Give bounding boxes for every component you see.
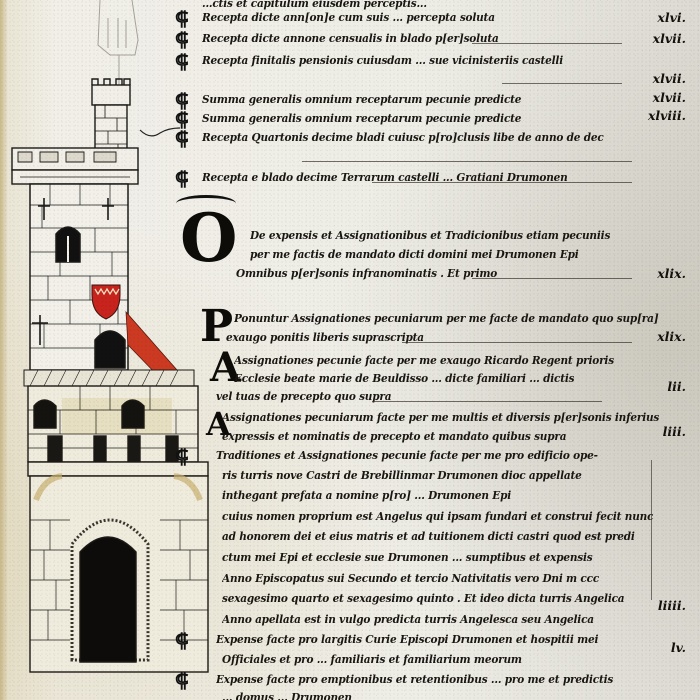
entry-line: Anno apellata est in vulgo predicta turr… xyxy=(222,614,594,627)
entry-line: Expense facte pro largitis Curie Episcop… xyxy=(216,634,598,647)
entry-line: Recepta finitalis pensionis cuiusdam ...… xyxy=(202,55,563,68)
heading-line: Omnibus p[er]sonis infranominatis . Et p… xyxy=(236,268,497,281)
battlements xyxy=(12,148,138,184)
margin-bracket xyxy=(651,460,652,600)
leader-line xyxy=(472,278,632,279)
leader-line xyxy=(502,83,622,84)
entry-sum: lv. xyxy=(671,640,686,655)
heading-line: per me factis de mandato dicti domini me… xyxy=(250,249,579,262)
paragraph-mark-icon: ⸿ xyxy=(175,672,188,691)
turret xyxy=(92,79,130,157)
paragraph-mark-icon: ⸿ xyxy=(175,448,188,467)
entry-line: Summa generalis omnium receptarum pecuni… xyxy=(202,113,521,126)
leader-line xyxy=(302,161,632,162)
entry-line: ctum mei Epi et ecclesie sue Drumonen ..… xyxy=(222,552,593,565)
entry-line: ris turris nove Castri de Brebillinmar D… xyxy=(222,470,582,483)
paragraph-mark-icon: ⸿ xyxy=(175,10,188,29)
entry-line: Ponuntur Assignationes pecuniarum per me… xyxy=(234,313,659,326)
entry-line: expressis et nominatis de precepto et ma… xyxy=(222,431,566,444)
entry-line: Traditiones et Assignationes pecunie fac… xyxy=(216,450,598,463)
right-window xyxy=(122,400,144,428)
leader-line xyxy=(472,43,622,44)
entry-line: ad honorem dei et eius matris et ad tuit… xyxy=(222,531,635,544)
ledger-text-column: ...ctis et capitulum eiusdem perceptis..… xyxy=(172,0,700,700)
entry-line: Assignationes pecunie facte per me exaug… xyxy=(234,355,614,368)
heading-sum: xlix. xyxy=(657,266,686,281)
entry-line: Expense facte pro emptionibus et retenti… xyxy=(216,674,613,687)
paragraph-mark-icon: ⸿ xyxy=(175,130,188,149)
entry-line: Recepta Quartonis decime bladi cuiusc p[… xyxy=(202,132,604,145)
entry-line: ...ctis et capitulum eiusdem perceptis..… xyxy=(202,0,427,10)
ledge xyxy=(24,370,194,386)
paragraph-mark-icon: ⸿ xyxy=(175,632,188,651)
entry-sum: xlvii. xyxy=(653,71,686,86)
entry-line: inthegant prefata a nomine p[ro] ... Dru… xyxy=(222,490,511,503)
entry-sum: xlvii. xyxy=(653,90,686,105)
decorated-initial-o: O xyxy=(180,205,238,271)
entry-sum: liii. xyxy=(663,424,686,439)
paragraph-mark-icon: ⸿ xyxy=(175,31,188,50)
entry-line: Summa generalis omnium receptarum pecuni… xyxy=(202,94,521,107)
entry-sum: lii. xyxy=(667,379,686,394)
entry-sum: xlix. xyxy=(657,329,686,344)
entry-line: cuius nomen proprium est Angelus qui ips… xyxy=(222,511,653,524)
entry-line: sexagesimo quarto et sexagesimo quinto .… xyxy=(222,593,624,606)
paragraph-mark-icon: ⸿ xyxy=(175,53,188,72)
entry-line: Anno Episcopatus sui Secundo et tercio N… xyxy=(222,573,599,586)
heading-line: De expensis et Assignationibus et Tradic… xyxy=(250,230,610,243)
leader-line xyxy=(372,401,602,402)
manuscript-page: ...ctis et capitulum eiusdem perceptis..… xyxy=(0,0,700,700)
entry-line: Assignationes pecuniarum facte per me mu… xyxy=(222,412,659,425)
gate-door xyxy=(80,537,136,662)
entry-sum: liiii. xyxy=(658,598,686,613)
paragraph-mark-icon: ⸿ xyxy=(175,170,188,189)
faint-figure-sketch xyxy=(98,0,138,85)
entry-sum: xlvi. xyxy=(657,10,686,25)
entry-line: ... domus ... Drumonen xyxy=(222,692,352,700)
entry-line: vel tuas de precepto quo supra xyxy=(216,391,391,404)
upper-tower-body xyxy=(30,184,128,370)
entry-line: Recepta dicte ann[on]e cum suis ... perc… xyxy=(202,12,632,25)
entry-sum: xlviii. xyxy=(648,108,686,123)
entry-line: Ecclesie beate marie de Beuldisso ... di… xyxy=(234,373,574,386)
leader-line xyxy=(372,182,632,183)
entry-line: Recepta dicte annone censualis in blado … xyxy=(202,33,499,46)
entry-sum: xlvii. xyxy=(653,31,686,46)
tower-arched-door xyxy=(95,331,125,368)
left-window xyxy=(34,400,56,428)
entry-line: Officiales et pro ... familiaris et fami… xyxy=(222,654,522,667)
leader-line xyxy=(402,342,632,343)
entry-line: exaugo ponitis liberis suprascripta xyxy=(226,332,424,345)
